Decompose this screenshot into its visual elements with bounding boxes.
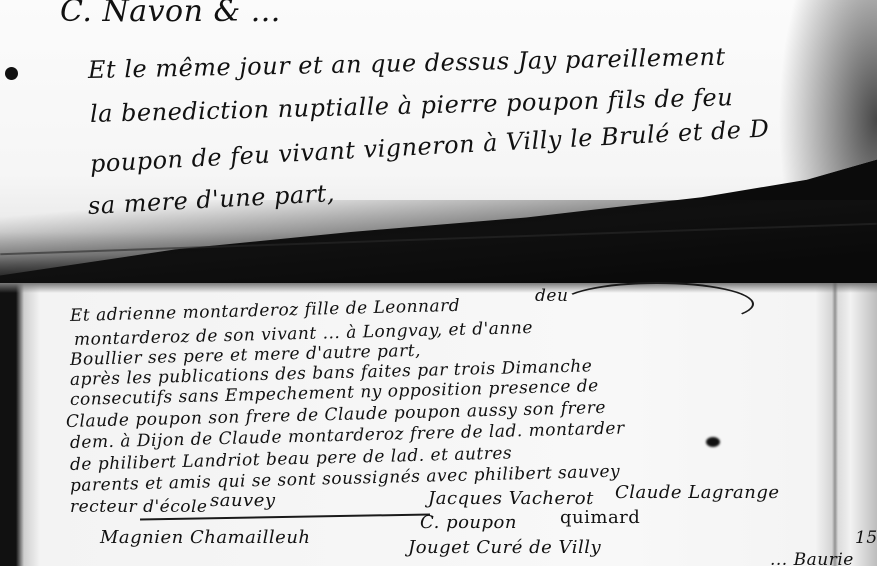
signature-magnien: Magnien Chamailleuh bbox=[100, 527, 311, 548]
margin-rule bbox=[832, 283, 838, 566]
signature-quimard: quimard bbox=[560, 507, 640, 528]
ink-blot bbox=[706, 437, 720, 447]
signature-poupon: C. poupon bbox=[420, 512, 517, 533]
lower-line-10: recteur d'école bbox=[70, 497, 207, 517]
signature-vacherot: Jacques Vacherot bbox=[428, 488, 594, 509]
margin-heading: C. Navon & ... bbox=[60, 0, 281, 29]
bottom-fragment: ... Baurie bbox=[770, 550, 854, 566]
ink-dot bbox=[5, 67, 18, 80]
scanned-register-page: C. Navon & ... Et le même jour et an que… bbox=[0, 0, 877, 566]
ink-flourish bbox=[560, 282, 754, 326]
signature-lagrange: Claude Lagrange bbox=[615, 482, 780, 503]
signature-sauvey: sauvey bbox=[210, 490, 276, 511]
margin-number: 15 bbox=[855, 528, 877, 548]
signature-cure: Jouget Curé de Villy bbox=[408, 537, 601, 558]
